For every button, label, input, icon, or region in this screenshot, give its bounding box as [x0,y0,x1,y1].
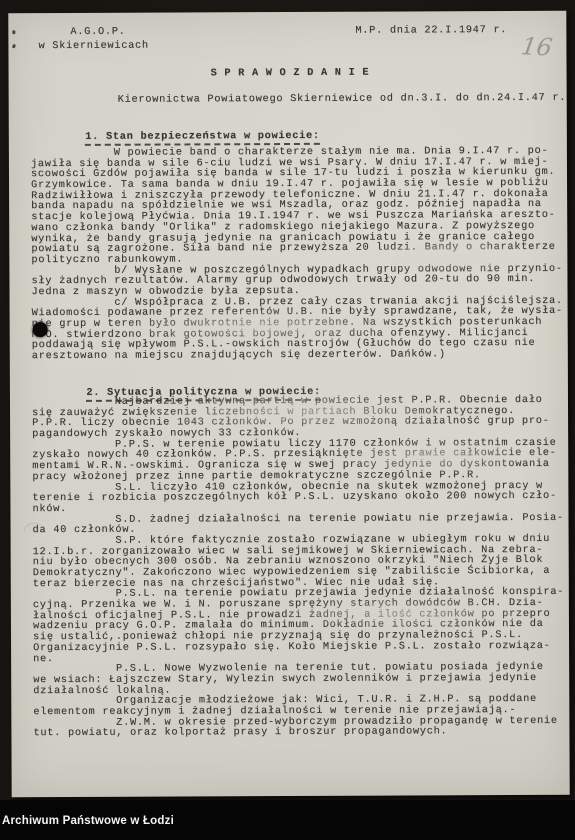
org-name: A.G.O.P. [70,26,125,38]
hole-punch [33,322,48,337]
document-page: A.G.O.P. w Skierniewicach M.P. dnia 22.I… [8,11,569,797]
section-1-heading-text: 1. Stan bezpieczeństwa w powiecie: [85,130,320,146]
archive-caption-band: Archiwum Państwowe w Łodzi [0,800,575,840]
typed-line: aresztowano na miejscu znajdujących się … [32,349,563,362]
typed-line: terenie i rozbicia poszczególnych kół P.… [32,491,563,504]
section-1-body: W powiecie band o charakterze stałym nie… [31,146,563,362]
section-2-body: Najbardziej aktywną partią w powiecie je… [32,395,565,739]
date-line: M.P. dnia 22.I.1947 r. [355,24,507,37]
handwritten-page-number: 16 [519,32,554,61]
paper-emboss-mark [23,521,47,539]
typed-line: we wsiach: Łajszczew Stary, Wylezin swyc… [33,673,564,686]
paper-speck [12,44,16,49]
org-location: w Skierniewicach [38,40,148,52]
paper-speck [12,30,15,34]
document-title: S P R A W O Z D A N I E [211,67,370,80]
archive-caption: Archiwum Państwowe w Łodzi [2,815,174,827]
typed-line: tut. powiatu, oraz kolportaż prasy i bro… [33,726,564,739]
document-subtitle: Kierownictwa Powiatowego Skierniewice od… [118,92,567,106]
typed-line: Organizacyjnie P.S.L. rozsypało się. Koł… [33,641,564,654]
archive-photo: A.G.O.P. w Skierniewicach M.P. dnia 22.I… [0,0,575,840]
